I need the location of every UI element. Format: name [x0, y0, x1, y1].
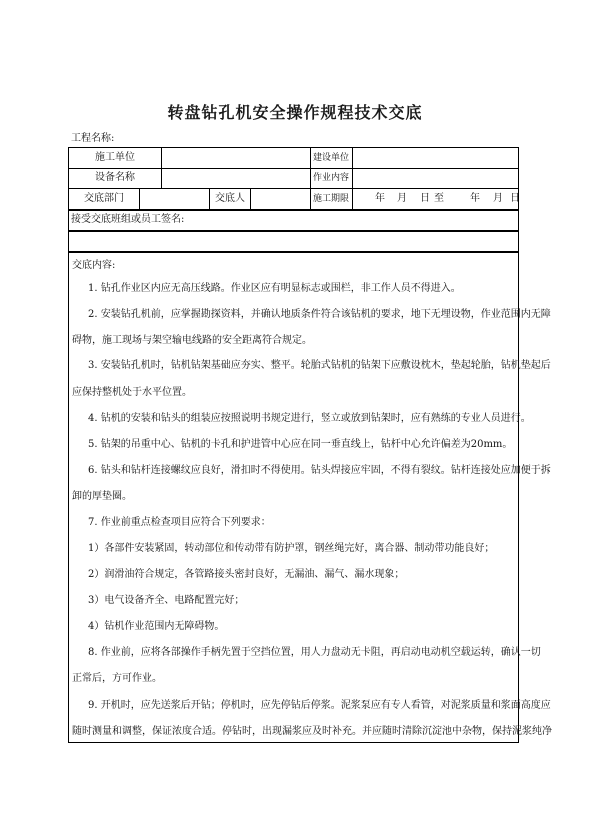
period-end-year: 年: [470, 189, 480, 209]
client-unit-label: 建设单位: [313, 148, 353, 168]
equipment-name-field[interactable]: [162, 168, 309, 188]
work-content-label: 作业内容: [313, 168, 353, 188]
project-name-label: 工程名称:: [71, 129, 114, 144]
content-line: 6. 钻头和钻杆连接螺纹应良好，滑扣时不得使用。钻头焊接应牢固，不得有裂纹。钻杆…: [88, 464, 551, 478]
period-end-day: 日: [510, 189, 520, 209]
content-line: 正常后，方可作业。: [72, 672, 162, 686]
period-start-year: 年: [375, 189, 385, 209]
content-line: 卸的厚垫圈。: [72, 490, 132, 504]
content-line: 8. 作业前，应将各部操作手柄先置于空挡位置，用人力盘动无卡阻，再启动电动机空载…: [88, 646, 541, 660]
briefer-field[interactable]: [251, 189, 310, 209]
content-line: 4. 钻机的安装和钻头的组装应按照说明书规定进行，竖立或放到钻架时，应有熟练的专…: [88, 412, 531, 426]
period-field[interactable]: 年 月 日 至 年 月 日: [353, 189, 518, 209]
content-line: 4）钻机作业范围内无障碍物。: [88, 620, 224, 634]
page-title: 转盘钻孔机安全操作规程技术交底: [0, 100, 590, 123]
content-line: 2）润滑油符合规定，各管路接头密封良好，无漏油、漏气、漏水现象；: [88, 568, 404, 582]
briefing-form-table: 施工单位 建设单位 设备名称 作业内容 交底部门 交底人 施工期限 年 月 日 …: [68, 147, 519, 743]
signature-label: 接受交底班组或员工签名:: [71, 210, 184, 230]
briefing-content: 交底内容: 1. 钻孔作业区内应无高压线路。作业区应有明显标志或围栏，非工作人员…: [69, 252, 518, 742]
content-line: 9. 开机时，应先送浆后开钻；停机时，应先停钻后停浆。泥浆泵应有专人看管，对泥浆…: [88, 699, 551, 713]
equipment-name-label: 设备名称: [69, 168, 161, 188]
content-line: 3. 安装钻孔机时，钻机钻架基础应夯实、整平。轮胎式钻机的钻架下应敷设枕木，垫起…: [88, 359, 551, 373]
client-unit-field[interactable]: [354, 148, 517, 168]
construction-unit-field[interactable]: [162, 148, 309, 168]
content-line: 3）电气设备齐全、电路配置完好；: [88, 594, 244, 608]
period-start-month: 月: [397, 189, 407, 209]
content-line: 7. 作业前重点检查项目应符合下列要求：: [88, 516, 271, 530]
content-line: 2. 安装钻孔机前，应掌握勘探资料，并确认地质条件符合该钻机的要求，地下无埋设物…: [88, 308, 551, 322]
content-line: 1）各部件安装紧固，转动部位和传动带有防护罩，钢丝绳完好，离合器、制动带功能良好…: [88, 542, 494, 556]
period-start-day: 日: [420, 189, 430, 209]
briefer-label: 交底人: [210, 189, 250, 209]
content-line: 5. 钻架的吊重中心、钻机的卡孔和护进管中心应在同一垂直线上，钻杆中心允许偏差为…: [88, 438, 512, 452]
period-to: 至: [434, 189, 444, 209]
content-label: 交底内容:: [72, 259, 115, 273]
signature-field[interactable]: [71, 231, 516, 251]
work-content-field[interactable]: [354, 168, 517, 188]
content-line: 1. 钻孔作业区内应无高压线路。作业区应有明显标志或围栏，非工作人员不得进入。: [88, 282, 461, 296]
period-end-month: 月: [493, 189, 503, 209]
content-line: 随时测量和调整，保证浓度合适。停钻时，出现漏浆应及时补充。并应随时清除沉淀池中杂…: [72, 725, 552, 739]
content-line: 应保持整机处于水平位置。: [72, 386, 192, 400]
col-divider: [310, 148, 311, 210]
briefing-dept-field[interactable]: [140, 189, 209, 209]
construction-unit-label: 施工单位: [69, 148, 161, 168]
briefing-dept-label: 交底部门: [69, 189, 139, 209]
content-line: 碍物，施工现场与架空输电线路的安全距离符合规定。: [72, 334, 312, 348]
period-label: 施工期限: [313, 189, 353, 209]
